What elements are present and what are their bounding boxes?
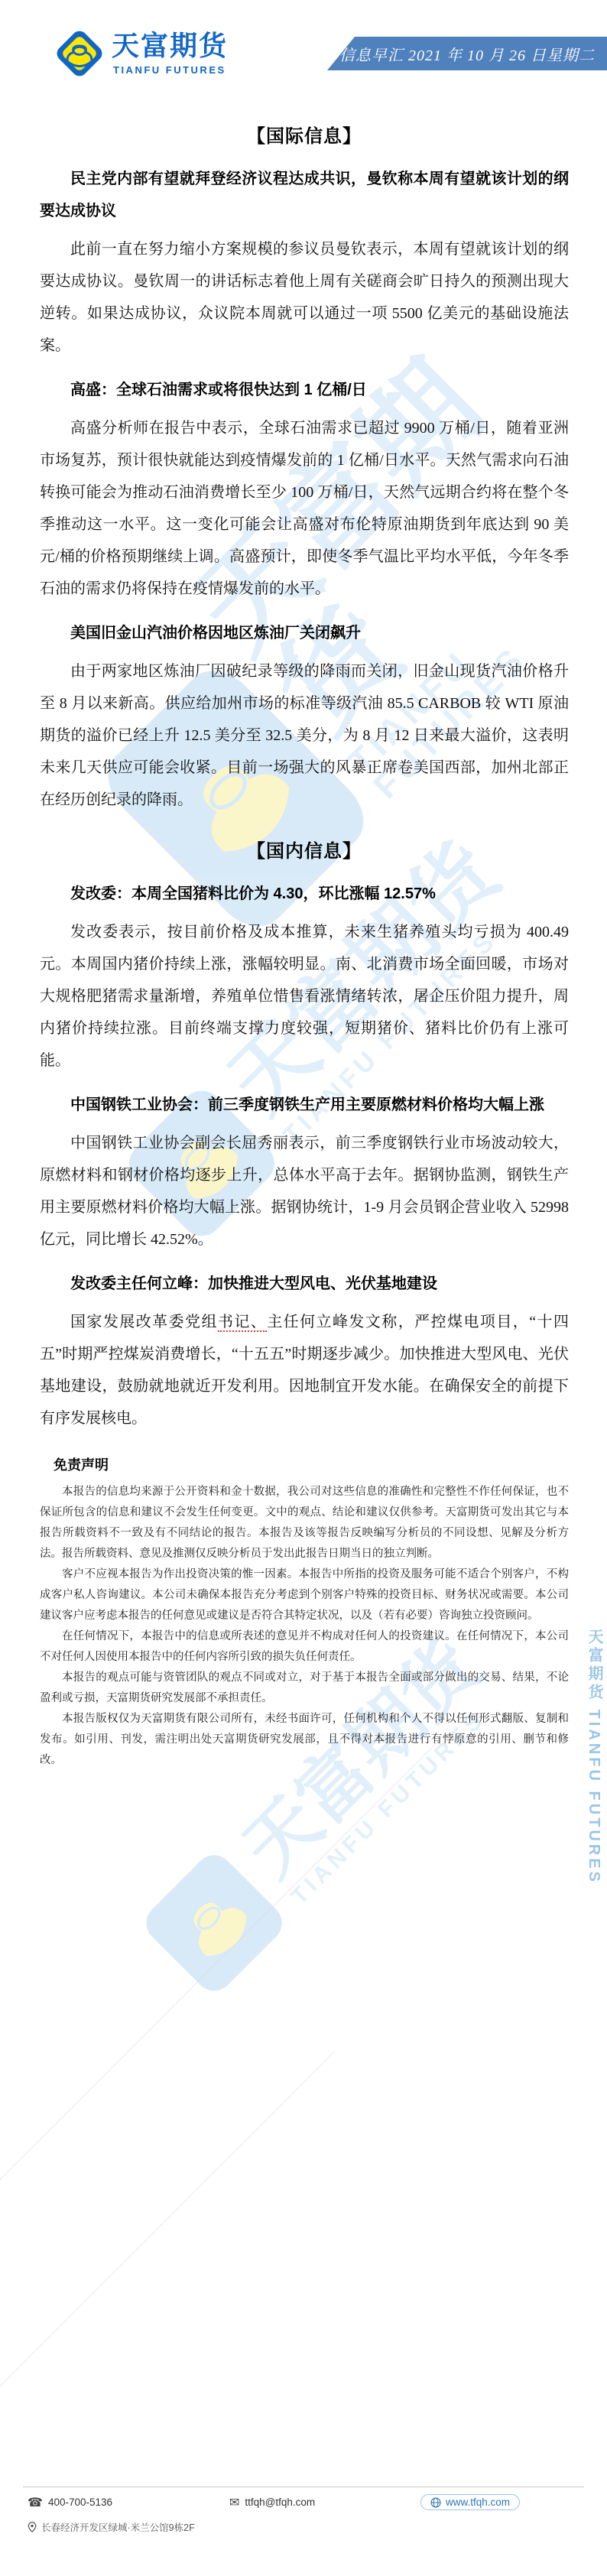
phone-icon: ☎ [28,2496,43,2509]
disclaimer-paragraph-3: 在任何情况下，本报告中的信息或所表述的意见并不构成对任何人的投资建议。在任何情况… [40,1626,569,1668]
location-pin-icon [28,2522,37,2532]
intl-headline-1: 民主党内部有望就拜登经济议程达成共识，曼钦称本周有望就该计划的纲要达成协议 [40,163,569,227]
intl-headline-2: 高盛：全球石油需求或将很快达到 1 亿桶/日 [40,374,569,406]
watermark-dotted-line [0,1736,443,2180]
phone-contact: ☎ 400-700-5136 [28,2496,229,2509]
dom-paragraph-3-part-c: 主任何立峰发文称，严控煤电项目，“十四五”时期严控煤炭消费增长，“十五五”时期逐… [40,1314,569,1427]
disclaimer-paragraph-4: 本报告的观点可能与资管团队的观点不同或对立，对于基于本报告全面或部分做出的交易、… [40,1668,569,1709]
header: 天富期货 TIANFU FUTURES 信息早汇 2021 年 10 月 26 … [0,0,607,84]
footer-address-row: 长春经济开发区绿城·米兰公馆9栋2F [28,2520,195,2534]
dom-headline-2: 中国钢铁工业协会：前三季度钢铁生产用主要原燃材料价格均大幅上涨 [40,1089,569,1121]
email-contact[interactable]: ✉ ttfqh@tfqh.com [229,2496,420,2509]
dom-paragraph-2: 中国钢铁工业协会副会长屈秀丽表示，前三季度钢铁行业市场波动较大，原燃材料和钢材价… [40,1127,569,1256]
footer-contact-row: ☎ 400-700-5136 ✉ ttfqh@tfqh.com www.tfqh… [28,2494,584,2510]
envelope-icon: ✉ [229,2496,239,2509]
disclaimer-title: 免责声明 [40,1454,569,1474]
dom-paragraph-1: 发改委表示，按目前价格及成本推算，未来生猪养殖头均亏损为 400.49 元。本周… [40,916,569,1077]
date-banner: 信息早汇 2021 年 10 月 26 日星期二 [327,37,607,70]
disclaimer-paragraph-1: 本报告的信息均来源于公开资料和金十数据，我公司对这些信息的准确性和完整性不作任何… [40,1482,569,1564]
globe-icon [430,2497,441,2508]
company-logo-icon [52,26,107,81]
dom-headline-3: 发改委主任何立峰：加快推进大型风电、光伏基地建设 [40,1268,569,1300]
dom-paragraph-3-part-a: 国家发展改革委党组 [70,1314,218,1330]
gold-ingot-icon [155,1864,273,1982]
watermark-vertical-right: 天富期货 TIANFU FUTURES [583,1629,605,1885]
intl-paragraph-3: 由于两家地区炼油厂因破纪录等级的降雨而关闭，旧金山现货汽油价格升至 8 月以来新… [40,655,569,816]
document-body: 【国际信息】 民主党内部有望就拜登经济议程达成共识，曼钦称本周有望就该计划的纲要… [40,70,569,1771]
intl-paragraph-2: 高盛分析师在报告中表示，全球石油需求已超过 9900 万桶/日，随着亚洲市场复苏… [40,412,569,605]
intl-paragraph-1: 此前一直在努力缩小方案规模的参议员曼钦表示，本周有望就该计划的纲要达成协议。曼钦… [40,233,569,362]
phone-number: 400-700-5136 [48,2496,112,2508]
date-banner-text: 信息早汇 2021 年 10 月 26 日星期二 [339,43,595,65]
section-international-title: 【国际信息】 [40,121,569,148]
company-name-en: TIANFU FUTURES [113,64,226,76]
email-address[interactable]: ttfqh@tfqh.com [245,2496,315,2508]
company-name: 天富期货 [112,32,228,60]
watermark-dotted-line [0,2051,335,2431]
watermark-logo-icon [138,1847,290,1999]
address-text: 长春经济开发区绿城·米兰公馆9栋2F [41,2520,195,2534]
intl-headline-3: 美国旧金山汽油价格因地区炼油厂关闭飙升 [40,617,569,649]
newsletter-page: 天富期货 TIANFU FUTURES 天富期货 TIANFU FUTURES … [0,0,607,2576]
footer-divider [23,2487,584,2487]
disclaimer-paragraph-2: 客户不应视本报告为作出投资决策的惟一因素。本报告中所指的投资及服务可能不适合个别… [40,1564,569,1626]
spellcheck-underline: 书记、 [218,1314,267,1332]
website-url[interactable]: www.tfqh.com [446,2496,510,2508]
disclaimer-paragraph-5: 本报告版权仅为天富期货有限公司所有，未经书面许可，任何机构和个人不得以任何形式翻… [40,1709,569,1771]
dom-headline-1: 发改委：本周全国猪料比价为 4.30，环比涨幅 12.57% [40,878,569,910]
section-domestic-title: 【国内信息】 [40,836,569,862]
dom-paragraph-3: 国家发展改革委党组书记、主任何立峰发文称，严控煤电项目，“十四五”时期严控煤炭消… [40,1306,569,1434]
website-link[interactable]: www.tfqh.com [420,2494,520,2510]
